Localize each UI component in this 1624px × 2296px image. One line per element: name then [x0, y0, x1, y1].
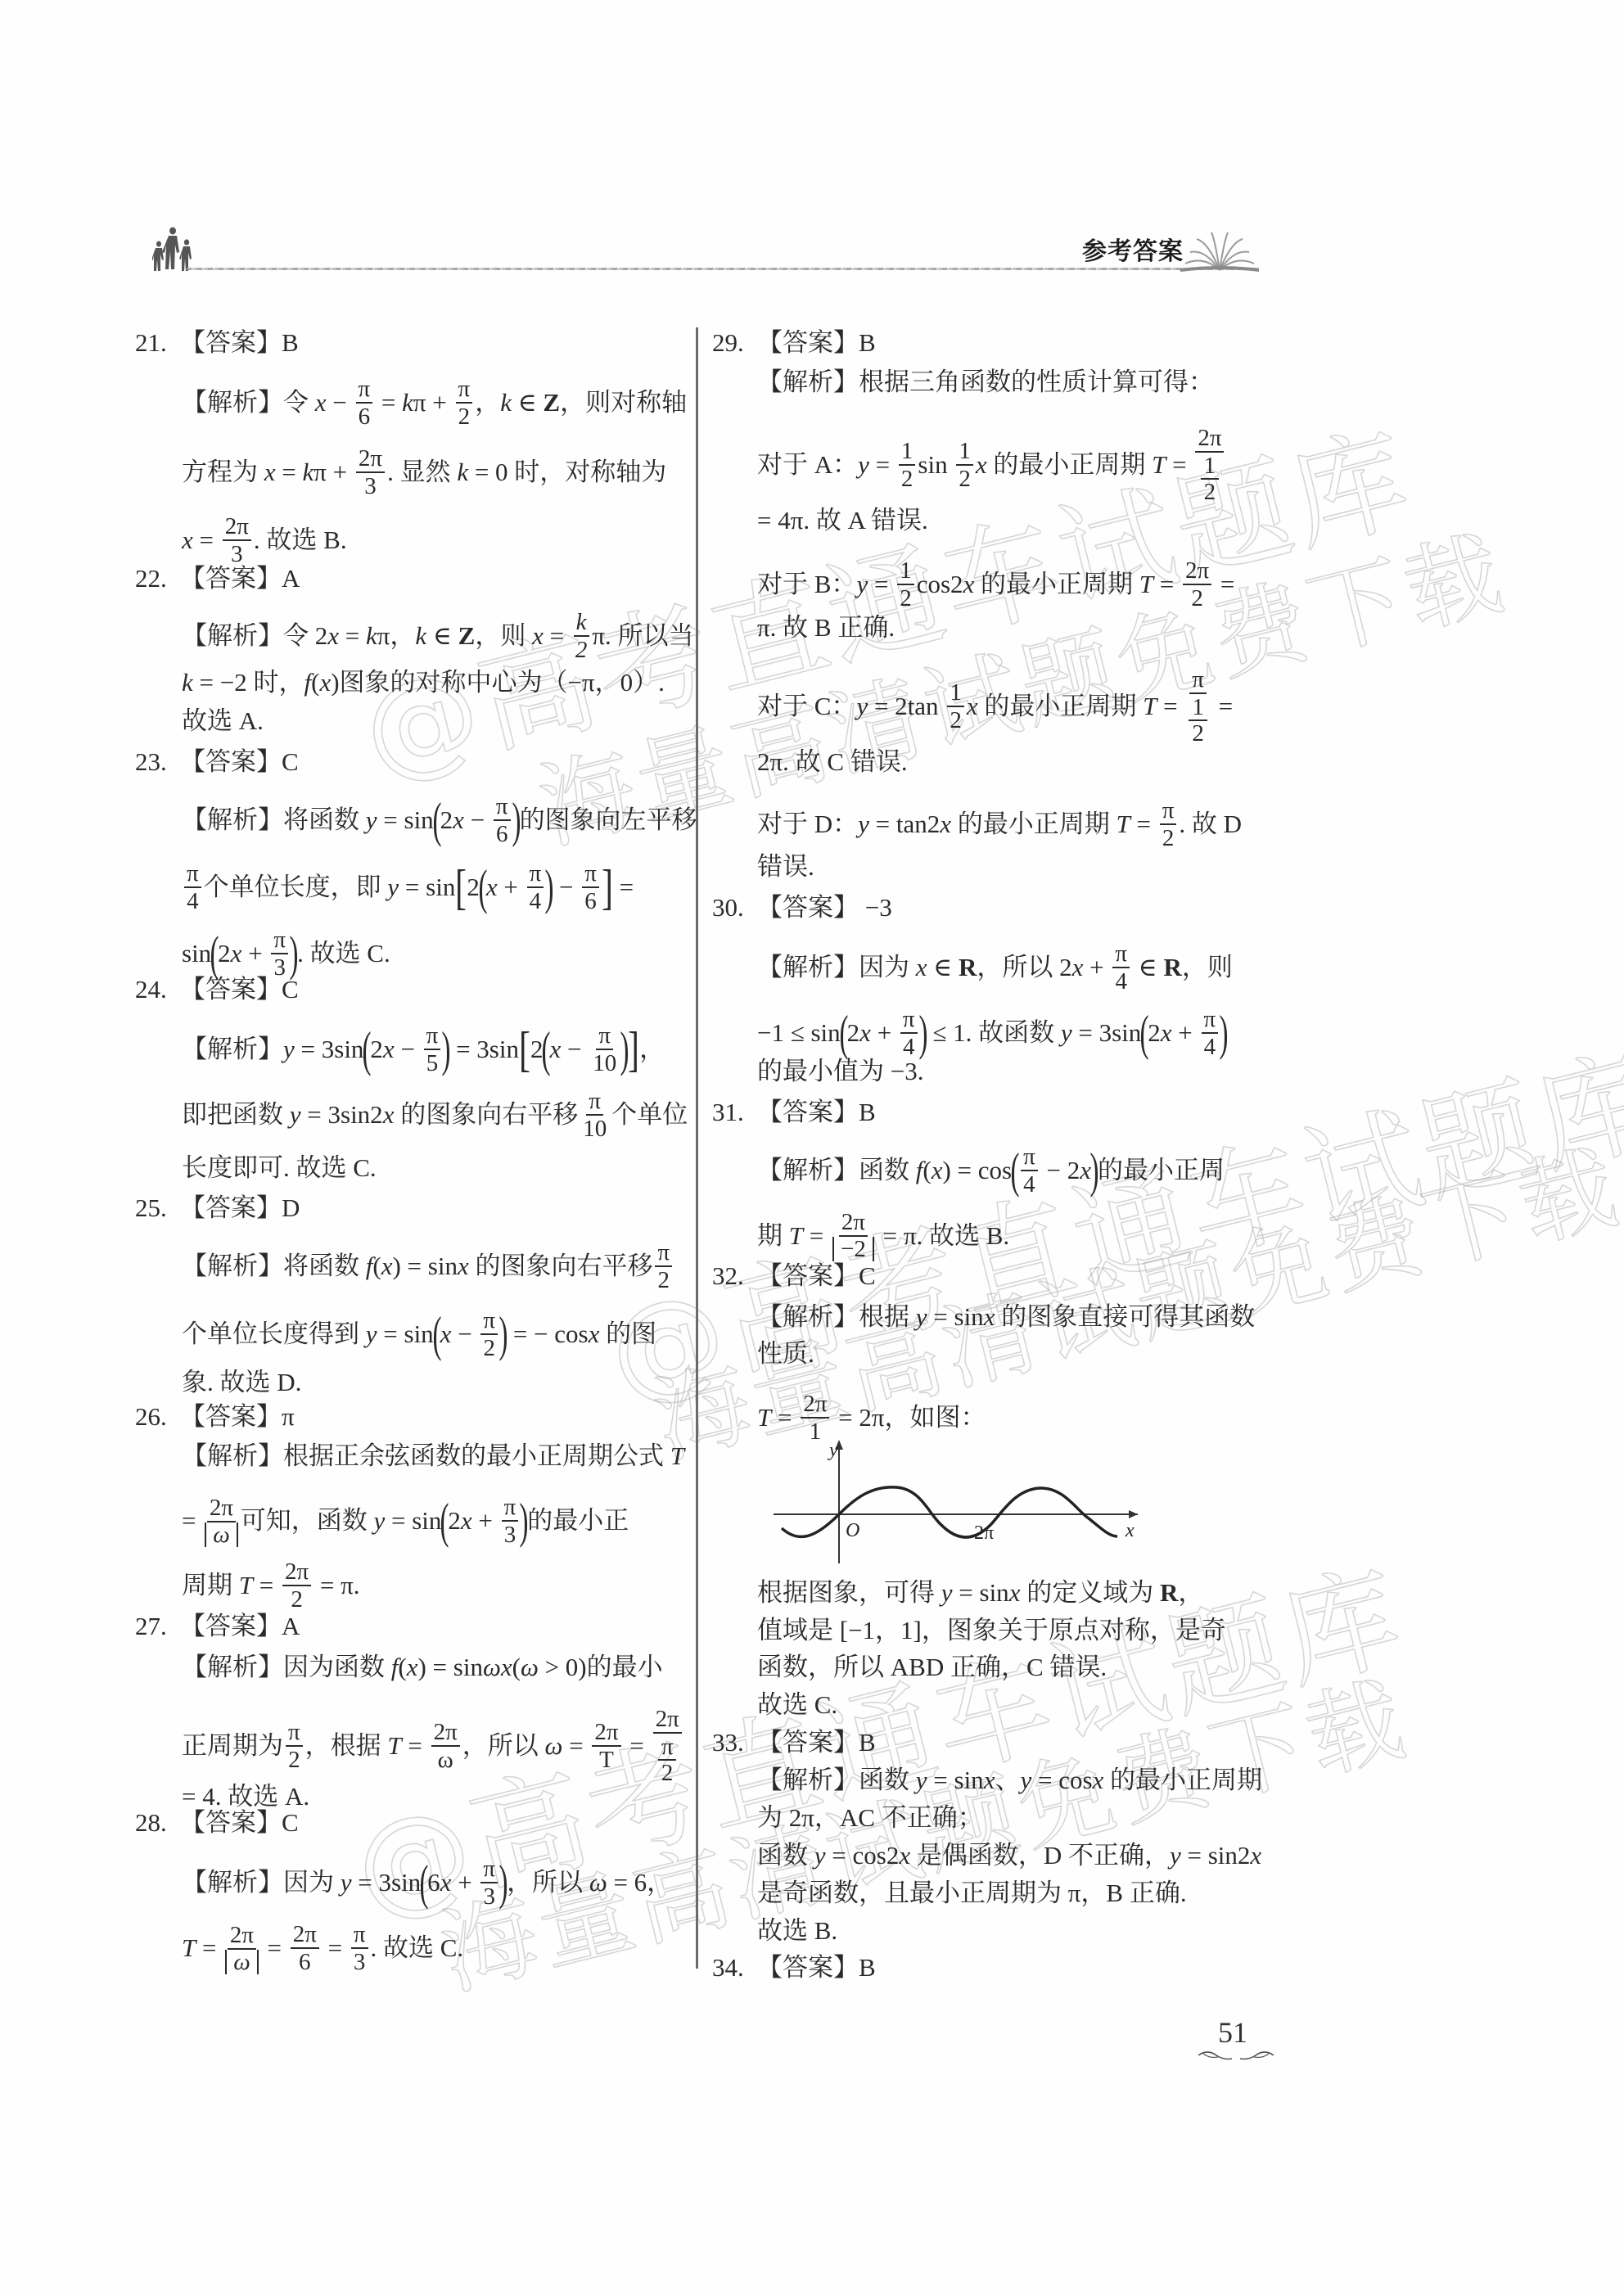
- denominator: 2: [286, 1747, 303, 1772]
- text-run: Z: [458, 620, 476, 652]
- text-run: = 3sin: [295, 1034, 364, 1065]
- text-run: =: [562, 1730, 589, 1761]
- math-variable: x: [486, 872, 498, 903]
- fraction: 2π12: [1195, 426, 1224, 504]
- math-variable: x: [440, 1319, 452, 1350]
- explanation-line: 函数 y = cos2x 是偶函数，D 不正确，y = sin2x: [757, 1840, 1261, 1871]
- text-run: −: [553, 872, 580, 903]
- numerator: 2π: [839, 1210, 868, 1237]
- y-label: y: [828, 1440, 838, 1461]
- text-run: 的最小正: [527, 1505, 629, 1536]
- math-variable: x: [383, 1099, 395, 1130]
- numerator: π: [1202, 1007, 1219, 1034]
- fraction: π3: [351, 1922, 368, 1974]
- numerator: 2π: [801, 1392, 829, 1419]
- numerator: 1: [956, 439, 973, 466]
- numerator: π: [494, 794, 511, 821]
- math-variable: T: [789, 1220, 803, 1252]
- math-variable: T: [1139, 569, 1153, 600]
- denominator: 2: [897, 585, 914, 611]
- text-run: 故选 A.: [182, 706, 264, 737]
- math-variable: x: [182, 525, 193, 556]
- parenthesis: ): [499, 1858, 508, 1907]
- math-variable: y: [1061, 1017, 1072, 1049]
- text-run: 【答案】B: [757, 1097, 876, 1128]
- text-run: cos2: [917, 569, 963, 600]
- explanation-line: sin(2x + π3). 故选 C.: [182, 927, 390, 980]
- fraction: k2: [573, 610, 590, 662]
- text-run: = sin: [927, 1301, 984, 1333]
- question-number: 26.: [135, 1401, 167, 1432]
- text-run: = 3sin: [449, 1034, 519, 1065]
- text-run: )图象的对称中心为（−π，0）.: [331, 667, 665, 698]
- answer-line: 【答案】C: [757, 1261, 876, 1292]
- two-pi-tick-label: 2π: [974, 1522, 994, 1544]
- explanation-line: x = 2π3. 故选 B.: [182, 514, 347, 566]
- fraction: π4: [527, 861, 544, 913]
- text-run: =: [193, 525, 220, 556]
- explanation-line: π4个单位长度，即 y = sin[2(x + π4) − π6] =: [182, 861, 634, 913]
- text-run: 性质.: [757, 1338, 814, 1369]
- math-variable: x: [315, 387, 327, 418]
- text-run: 【答案】D: [180, 1193, 300, 1224]
- denominator: π2: [656, 1734, 679, 1785]
- text-run: +: [472, 1505, 499, 1536]
- fraction: 2πT: [592, 1720, 620, 1772]
- text-run: =: [869, 449, 896, 480]
- text-run: −: [561, 1034, 588, 1065]
- math-variable: x: [984, 1301, 995, 1333]
- text-run: 【答案】B: [757, 327, 876, 359]
- text-run: = π. 故选 B.: [877, 1220, 1009, 1252]
- text-run: ，则: [475, 620, 532, 652]
- text-run: 为 2π，AC 不正确；: [757, 1802, 983, 1834]
- text-run: =: [276, 457, 303, 488]
- text-run: 6: [427, 1867, 440, 1898]
- math-variable: T: [1143, 691, 1157, 722]
- answer-line: 【答案】A: [180, 1611, 300, 1642]
- text-run: 个单位长度得到: [182, 1319, 366, 1350]
- fraction: π4: [1021, 1144, 1038, 1197]
- explanation-line: 象. 故选 D.: [182, 1367, 301, 1398]
- text-run: =: [196, 1933, 223, 1964]
- text-run: = −2 时，: [193, 667, 304, 698]
- parenthesis: ): [499, 1310, 508, 1359]
- text-run: =: [182, 1505, 202, 1536]
- fraction: π2: [480, 1308, 498, 1360]
- text-run: 正周期为: [182, 1730, 283, 1761]
- answer-line: 【答案】B: [757, 327, 876, 359]
- text-run: 【答案】A: [180, 563, 300, 594]
- numerator: π: [456, 377, 473, 404]
- math-variable: T: [757, 1402, 771, 1433]
- fraction: π4: [1112, 941, 1130, 994]
- answer-line: 【答案】C: [180, 974, 299, 1005]
- explanation-line: 【解析】因为函数 f(x) = sinωx(ω > 0)的最小: [182, 1652, 663, 1683]
- text-run: π +: [314, 457, 354, 488]
- text-run: 【解析】因为: [182, 1867, 341, 1898]
- parenthesis: ): [918, 1008, 927, 1058]
- text-run: =: [1212, 691, 1233, 722]
- text-run: =: [402, 1730, 429, 1761]
- text-run: ，: [1178, 1577, 1203, 1608]
- text-run: = sin: [385, 1505, 441, 1536]
- numerator: 2π: [431, 1720, 460, 1747]
- text-run: = tan2: [869, 809, 940, 840]
- numerator: π: [527, 861, 544, 888]
- math-variable: y: [387, 872, 399, 903]
- text-run: =: [613, 872, 634, 903]
- explanation-line: 个单位长度得到 y = sin(x − π2) = − cosx 的图: [182, 1308, 656, 1360]
- text-run: 【解析】因为: [757, 952, 916, 983]
- math-variable: f: [304, 667, 311, 698]
- text-run: =: [1157, 691, 1184, 722]
- fraction: π2: [1160, 798, 1177, 850]
- text-run: 【答案】C: [757, 1261, 876, 1292]
- explanation-line: 【解析】因为 y = 3sin(6x + π3)，所以 ω = 6，: [182, 1856, 672, 1909]
- parenthesis: (: [420, 1858, 429, 1907]
- denominator: 6: [296, 1949, 314, 1974]
- text-run: 对于 B：: [757, 569, 856, 600]
- math-variable: T: [387, 1730, 401, 1761]
- numerator: 2π: [207, 1495, 236, 1522]
- text-run: π. 所以当: [592, 620, 693, 652]
- parenthesis: ): [545, 863, 554, 912]
- explanation-line: 【解析】根据正余弦函数的最小正周期公式 T: [182, 1441, 684, 1472]
- text-run: +: [1172, 1017, 1199, 1049]
- explanation-line: = 4π. 故 A 错误.: [757, 505, 928, 536]
- text-run: 即把函数: [182, 1099, 290, 1130]
- math-variable: k: [500, 387, 512, 418]
- numerator: π: [582, 861, 599, 888]
- numerator: 2π: [653, 1707, 682, 1734]
- question-number: 25.: [135, 1193, 167, 1224]
- text-run: ∈: [512, 387, 543, 418]
- text-run: 2: [448, 1505, 461, 1536]
- denominator: 6: [356, 404, 373, 429]
- text-run: 2: [1148, 1017, 1161, 1049]
- text-run: 对于 D：: [757, 809, 858, 840]
- denominator: 2: [288, 1586, 305, 1612]
- fraction: 12: [947, 680, 964, 733]
- question-number: 29.: [712, 327, 744, 359]
- bracket: ]: [628, 1025, 639, 1074]
- math-variable: k: [303, 457, 314, 488]
- text-run: π，: [377, 620, 416, 652]
- question-number: 32.: [712, 1261, 744, 1292]
- parenthesis: (: [432, 1310, 441, 1359]
- fraction: 2π3: [356, 446, 385, 498]
- fraction: π4: [1202, 1007, 1219, 1059]
- text-run: =: [261, 1933, 288, 1964]
- parenthesis: (: [1140, 1008, 1149, 1058]
- math-variable: x: [440, 1867, 452, 1898]
- math-variable: x: [407, 1652, 418, 1683]
- text-run: +: [871, 1017, 898, 1049]
- text-run: =: [868, 569, 895, 600]
- math-variable: T: [239, 1570, 253, 1601]
- document-page: @高考直通车试题库 海量高清试题免费下载 @高考直通车试题库 海量高清试题免费下…: [0, 0, 1624, 2296]
- denominator: 2: [481, 1335, 498, 1360]
- answer-line: 【答案】A: [180, 563, 300, 594]
- math-variable: x: [916, 952, 927, 983]
- parenthesis: ): [520, 1496, 529, 1545]
- math-variable: x: [381, 1251, 393, 1282]
- fraction: π3: [480, 1856, 498, 1909]
- explanation-line: 是奇函数，且最小正周期为 π，B 正确.: [757, 1878, 1187, 1909]
- text-run: 方程为: [182, 457, 264, 488]
- fraction: 2πω: [431, 1720, 460, 1772]
- fraction: 2ππ2: [653, 1707, 682, 1785]
- text-run: 的图: [599, 1319, 656, 1350]
- text-run: =: [1130, 809, 1157, 840]
- parenthesis: ): [442, 1025, 451, 1074]
- text-run: π. 故 B 正确.: [757, 612, 895, 643]
- math-variable: T: [1116, 809, 1130, 840]
- numerator: 2π: [282, 1559, 311, 1586]
- question-number: 27.: [135, 1611, 167, 1642]
- math-variable: k: [457, 457, 468, 488]
- math-variable: f: [916, 1155, 923, 1186]
- text-run: (: [923, 1155, 931, 1186]
- explanation-line: 周期 T = 2π2 = π.: [182, 1559, 360, 1612]
- parenthesis: ): [1089, 1146, 1098, 1195]
- text-run: 可知，函数: [241, 1505, 374, 1536]
- text-run: 【答案】C: [180, 974, 299, 1005]
- denominator: 6: [494, 821, 511, 846]
- text-run: ，: [639, 1034, 665, 1065]
- answer-line: 【答案】B: [757, 1097, 876, 1128]
- text-run: R: [959, 952, 977, 983]
- text-run: 的图象向左平移: [520, 805, 697, 836]
- header-rule: [187, 268, 1259, 270]
- question-number: 24.: [135, 974, 167, 1005]
- numerator: π: [502, 1495, 519, 1522]
- explanation-line: 即把函数 y = 3sin2x 的图象向右平移π10个单位: [182, 1089, 688, 1141]
- text-run: . 故选 C.: [371, 1933, 464, 1964]
- text-run: sin: [918, 449, 954, 480]
- parenthesis: (: [1011, 1146, 1020, 1195]
- numerator: π: [271, 927, 288, 954]
- denominator: 2: [656, 1267, 673, 1292]
- denominator: 2: [1189, 585, 1206, 611]
- explanation-line: 【解析】将函数 y = sin(2x − π6)的图象向左平移: [182, 794, 697, 846]
- question-number: 28.: [135, 1807, 167, 1838]
- fraction: 2π2: [1183, 558, 1211, 611]
- explanation-line: 错误.: [757, 851, 814, 882]
- text-run: Z: [543, 387, 560, 418]
- denominator: 3: [351, 1949, 368, 1974]
- answer-line: 【答案】D: [180, 1193, 300, 1224]
- text-run: 值域是 [−1，1]，图象关于原点对称，是奇: [757, 1615, 1226, 1646]
- text-run: =: [544, 620, 571, 652]
- text-run: 的图象向右平移: [469, 1251, 653, 1282]
- explanation-line: 【解析】将函数 f(x) = sinx 的图象向右平移π2: [182, 1240, 674, 1292]
- text-run: ∈: [927, 952, 959, 983]
- page-number: 51: [1218, 2015, 1247, 2050]
- explanation-line: 故选 A.: [182, 706, 264, 737]
- text-run: R: [1160, 1577, 1178, 1608]
- numerator: 2π: [592, 1720, 620, 1747]
- text-run: = cos: [1031, 1765, 1092, 1796]
- text-run: 【答案】π: [180, 1401, 295, 1432]
- text-run: sin: [182, 938, 211, 969]
- math-variable: x: [967, 691, 978, 722]
- math-variable: x: [461, 1505, 472, 1536]
- numerator: π: [480, 1856, 498, 1883]
- fraction: π4: [184, 861, 201, 913]
- fraction: π12: [1186, 667, 1210, 746]
- text-run: 的最小正周期: [978, 691, 1144, 722]
- numerator: 2π: [291, 1922, 319, 1949]
- math-variable: x: [549, 1034, 561, 1065]
- numerator: π: [1021, 1144, 1038, 1171]
- text-run: −1 ≤ sin: [757, 1017, 841, 1049]
- text-run: = sin: [399, 872, 455, 903]
- math-variable: T: [1152, 449, 1166, 480]
- numerator: π: [655, 1240, 672, 1267]
- numerator: π: [351, 1922, 368, 1949]
- text-run: = − cos: [507, 1319, 589, 1350]
- text-run: ∈: [1132, 952, 1163, 983]
- explanation-line: 的最小值为 −3.: [757, 1056, 923, 1087]
- text-run: 【解析】根据: [757, 1301, 916, 1333]
- text-run: =: [253, 1570, 280, 1601]
- numerator: π: [586, 1089, 603, 1116]
- text-run: 的图象向右平移: [394, 1099, 578, 1130]
- text-run: = 2tan: [868, 691, 945, 722]
- math-variable: y: [916, 1765, 927, 1796]
- denominator: ω: [435, 1747, 456, 1772]
- bracket: [: [455, 863, 467, 912]
- text-run: (: [512, 1652, 521, 1683]
- text-run: 【解析】根据三角函数的性质计算可得：: [757, 367, 1214, 398]
- math-variable: y: [366, 1319, 377, 1350]
- numerator: 2π: [1183, 558, 1211, 585]
- explanation-line: 函数，所以 ABD 正确，C 错误.: [757, 1652, 1107, 1683]
- fraction: 2π6: [291, 1922, 319, 1974]
- math-variable: x: [976, 449, 987, 480]
- text-run: ，则对称轴: [560, 387, 687, 418]
- math-variable: y: [814, 1840, 826, 1871]
- text-run: −: [327, 387, 354, 418]
- text-run: = cos2: [826, 1840, 900, 1871]
- parenthesis: (: [839, 1008, 848, 1058]
- math-variable: y: [1170, 1840, 1181, 1871]
- denominator: 3: [502, 1522, 519, 1547]
- math-variable: ω: [589, 1867, 607, 1898]
- explanation-line: 为 2π，AC 不正确；: [757, 1802, 983, 1834]
- math-variable: x: [231, 938, 242, 969]
- text-run: ) = cos: [942, 1155, 1012, 1186]
- explanation-line: 【解析】令 x − π6 = kπ + π2，k ∈ Z，则对称轴: [182, 377, 687, 429]
- math-variable: ωx: [483, 1652, 512, 1683]
- sine-graph: y O 2π x: [765, 1437, 1150, 1568]
- text-run: 根据图象，可得: [757, 1577, 941, 1608]
- explanation-line: 对于 C：y = 2tan 12x 的最小正周期 T = π12 =: [757, 667, 1233, 746]
- text-run: . 故选 B.: [254, 525, 347, 556]
- numerator: π: [900, 1007, 918, 1034]
- math-variable: x: [589, 1319, 600, 1350]
- text-run: (: [398, 1652, 406, 1683]
- explanation-line: 方程为 x = kπ + 2π3. 显然 k = 0 时，对称轴为: [182, 446, 666, 498]
- math-variable: f: [391, 1652, 399, 1683]
- text-run: = sin2: [1181, 1840, 1251, 1871]
- text-run: +: [241, 938, 268, 969]
- numerator: 2π: [356, 446, 385, 473]
- running-people-icon: [152, 226, 193, 273]
- denominator: 2: [947, 707, 964, 733]
- math-variable: y: [941, 1577, 953, 1608]
- text-run: 期: [757, 1220, 789, 1252]
- text-run: 对于 A：: [757, 449, 858, 480]
- text-run: 【答案】B: [757, 1952, 876, 1983]
- explanation-line: 故选 B.: [757, 1915, 837, 1946]
- text-run: = π.: [314, 1570, 359, 1601]
- answer-line: 【答案】B: [180, 327, 299, 359]
- denominator: 12: [1198, 453, 1222, 504]
- parenthesis: (: [363, 1025, 372, 1074]
- math-variable: x: [1161, 1017, 1172, 1049]
- text-run: ，所以: [462, 1730, 545, 1761]
- math-variable: x: [453, 805, 464, 836]
- parenthesis: (: [440, 1496, 449, 1545]
- explanation-line: 【解析】函数 y = sinx、y = cosx 的最小正周期: [757, 1765, 1262, 1796]
- math-variable: x: [940, 809, 951, 840]
- text-run: 【解析】函数: [757, 1155, 916, 1186]
- math-variable: k: [415, 620, 426, 652]
- denominator: 5: [424, 1050, 441, 1076]
- answer-line: 【答案】C: [180, 1807, 299, 1838]
- explanation-line: k = −2 时，f(x)图象的对称中心为（−π，0）.: [182, 667, 665, 698]
- denominator: 2: [573, 637, 590, 662]
- text-run: = sin: [927, 1765, 984, 1796]
- text-run: +: [1083, 952, 1110, 983]
- math-variable: y: [290, 1099, 301, 1130]
- denominator: 2: [899, 466, 916, 491]
- math-variable: y: [1020, 1765, 1031, 1796]
- watermark-line-1b: @高考直通车试题库: [589, 1008, 1624, 1428]
- fraction: π2: [456, 377, 473, 429]
- fraction: 12: [897, 558, 914, 611]
- fraction: 2π3: [223, 514, 251, 566]
- denominator: 12: [1186, 694, 1210, 746]
- text-run: 2: [370, 1034, 383, 1065]
- text-run: =: [803, 1220, 830, 1252]
- text-run: ) = sin: [392, 1251, 457, 1282]
- text-run: (: [311, 667, 319, 698]
- text-run: R: [1163, 952, 1181, 983]
- fraction: π10: [580, 1089, 609, 1141]
- text-run: ，根据: [305, 1730, 388, 1761]
- math-variable: x: [963, 569, 975, 600]
- numerator: 1: [1201, 453, 1220, 480]
- text-run: . 故选 C.: [297, 938, 390, 969]
- text-run: =: [339, 620, 366, 652]
- numerator: π: [658, 1734, 677, 1761]
- text-run: 的图象直接可得其函数: [995, 1301, 1255, 1333]
- text-run: = 4π. 故 A 错误.: [757, 505, 928, 536]
- fraction: π2: [655, 1240, 672, 1292]
- math-variable: x: [899, 1840, 910, 1871]
- text-run: 的最小正周期: [1103, 1765, 1262, 1796]
- math-variable: y: [283, 1034, 295, 1065]
- explanation-line: 【解析】y = 3sin(2x − π5) = 3sin[2(x − π10)]…: [182, 1023, 665, 1076]
- bracket: [: [519, 1025, 530, 1074]
- explanation-line: 期 T = 2π−2 = π. 故选 B.: [757, 1210, 1009, 1261]
- denominator: 10: [580, 1116, 609, 1141]
- text-run: 【解析】: [182, 1034, 283, 1065]
